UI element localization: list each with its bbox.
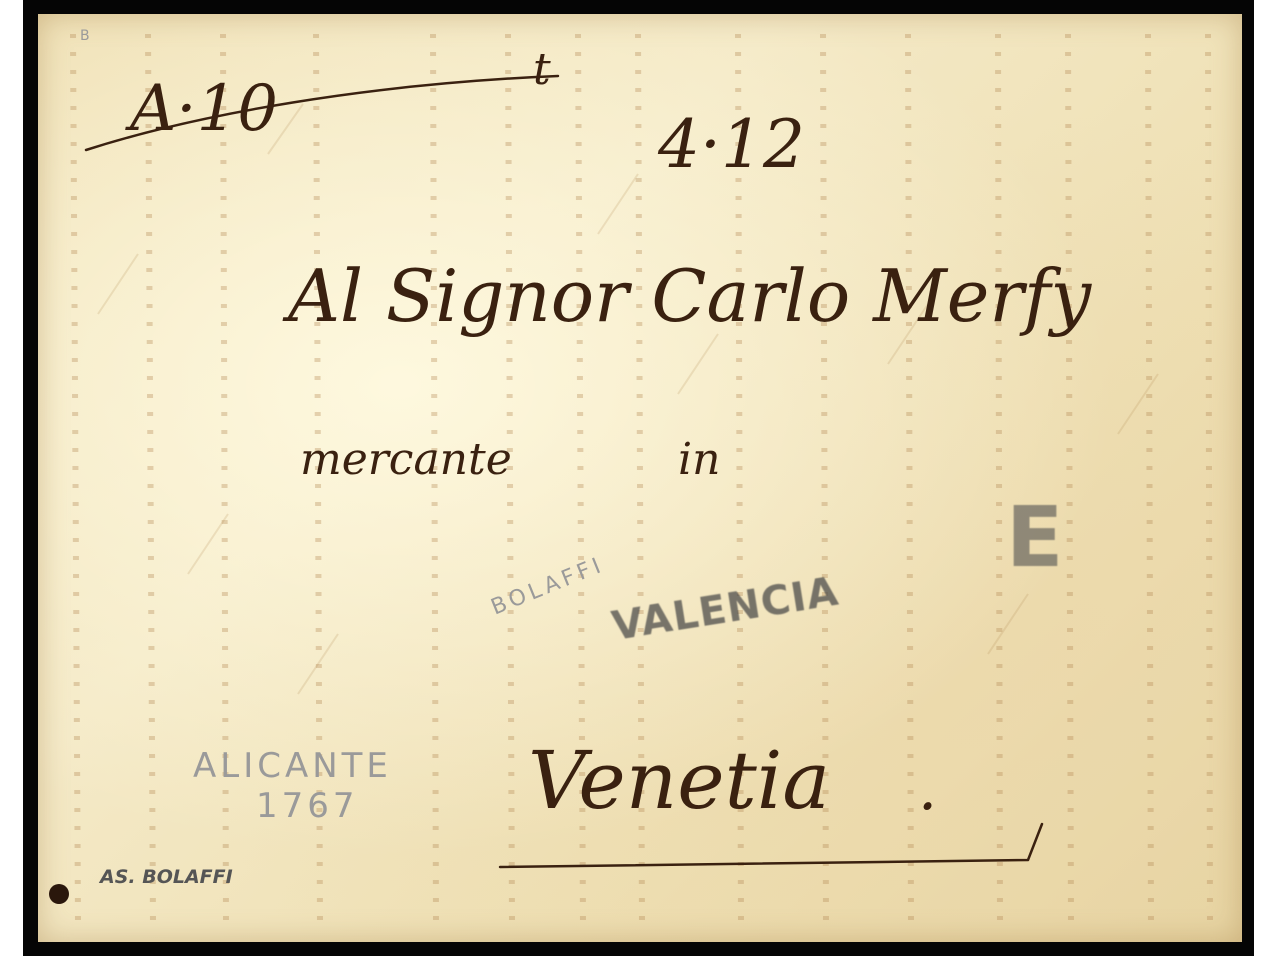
destination-city: Venetia <box>528 734 830 827</box>
address-line-1: Al Signor Carlo Merfy <box>288 254 1091 338</box>
address-word-in: in <box>678 434 720 485</box>
ink-blot <box>49 884 69 904</box>
crossed-rate: A·10 <box>130 72 278 146</box>
numeral-handstamp: E <box>1006 488 1064 586</box>
pencil-origin: ALICANTE <box>193 746 392 786</box>
crossed-rate-suffix: t <box>533 44 551 95</box>
letter-cover: A·10 t 4·12 Al Signor Carlo Merfy mercan… <box>38 14 1242 942</box>
destination-dot: . <box>918 754 937 824</box>
address-word-mercante: mercante <box>300 434 512 485</box>
pencil-year: 1767 <box>256 786 359 826</box>
corner-pencil-mark: B <box>80 28 90 44</box>
expert-signature-mark: AS. BOLAFFI <box>100 866 233 888</box>
destination-underline <box>500 824 1042 867</box>
postage-rate: 4·12 <box>658 106 805 183</box>
